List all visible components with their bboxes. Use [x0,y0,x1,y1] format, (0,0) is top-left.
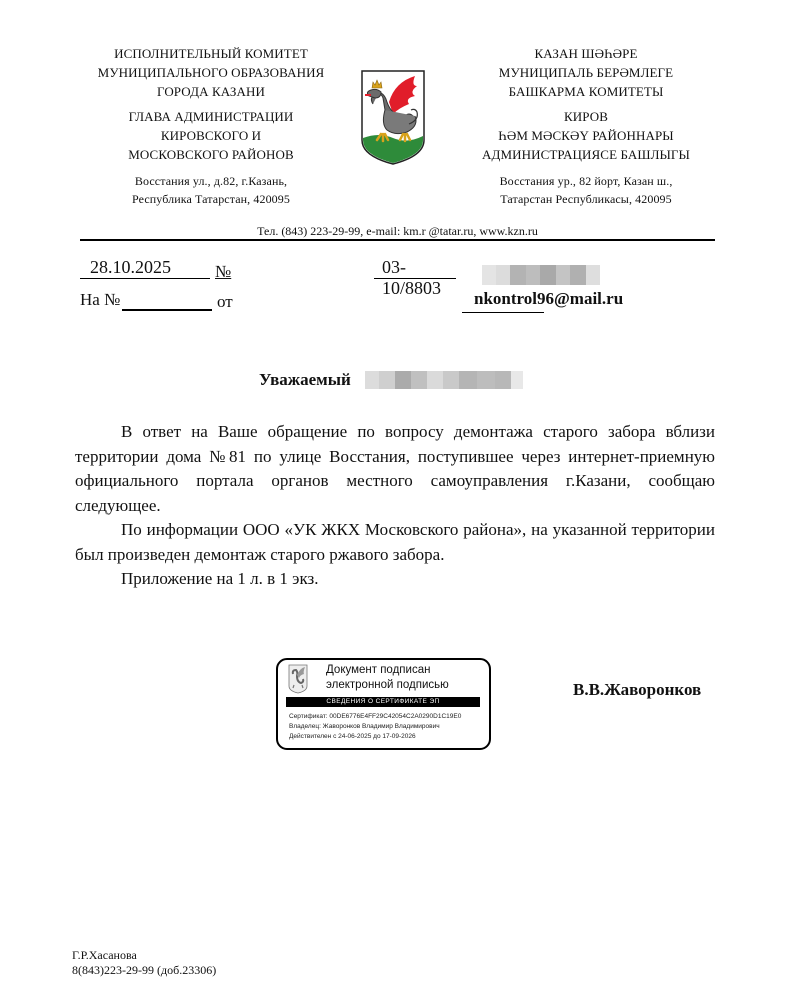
contacts-line: Тел. (843) 223-29-99, e-mail: km.r @tata… [80,224,715,239]
letter-body: В ответ на Ваше обращение по вопросу дем… [75,420,715,592]
greeting-salutation: Уважаемый [259,370,351,390]
org-line: КАЗАН ШӘҺӘРЕ [462,44,710,63]
reply-to-number-field [122,290,212,311]
kazan-coat-of-arms-icon [288,664,308,694]
executor-info: Г.Р.Хасанова 8(843)223-29-99 (доб.23306) [72,948,216,978]
stamp-title: Документ подписан электронной подписью [326,663,449,693]
registration-number: 03-10/8803 [382,257,456,299]
dept-line: АДМИНИСТРАЦИЯСЕ БАШЛЫГЫ [462,145,710,164]
dept-line: ГЛАВА АДМИНИСТРАЦИИ [80,107,342,126]
body-paragraph: По информации ООО «УК ЖКХ Московского ра… [75,518,715,567]
certificate-serial: Сертификат: 00DE6776E4FF29C42054C2A0290D… [289,712,461,722]
header-divider [80,239,715,241]
certificate-details: Сертификат: 00DE6776E4FF29C42054C2A0290D… [289,712,461,742]
dept-line: ҺӘМ МӘСКӘҮ РАЙОННАРЫ [462,126,710,145]
address-line: Республика Татарстан, 420095 [80,190,342,208]
recipient-name-redacted [482,265,600,285]
registration-date-field: 28.10.2025 [80,258,210,279]
dept-line: КИРОВ [462,107,710,126]
certificate-info-bar: СВЕДЕНИЯ О СЕРТИФИКАТЕ ЭП [286,697,480,707]
certificate-validity: Действителен с 24-06-2025 до 17-09-2026 [289,732,461,742]
stamp-title-line: электронной подписью [326,678,449,693]
body-paragraph: В ответ на Ваше обращение по вопросу дем… [75,420,715,518]
org-line: БАШКАРМА КОМИТЕТЫ [462,82,710,101]
org-line: ГОРОДА КАЗАНИ [80,82,342,101]
org-line: ИСПОЛНИТЕЛЬНЫЙ КОМИТЕТ [80,44,342,63]
department-name-ru: ГЛАВА АДМИНИСТРАЦИИ КИРОВСКОГО И МОСКОВС… [80,107,342,164]
signer-name: В.В.Жаворонков [573,680,701,700]
greeting-name-redacted [365,371,533,389]
address-line: Восстания ул., д.82, г.Казань, [80,172,342,190]
electronic-signature-stamp: Документ подписан электронной подписью С… [276,658,491,750]
kazan-coat-of-arms-icon [359,68,427,166]
certificate-owner: Владелец: Жаворонков Владимир Владимиров… [289,722,461,732]
address-line: Татарстан Республикасы, 420095 [462,190,710,208]
address-line: Восстания ур., 82 йорт, Казан ш., [462,172,710,190]
from-label: от [217,292,233,312]
organization-name-ru: ИСПОЛНИТЕЛЬНЫЙ КОМИТЕТ МУНИЦИПАЛЬНОГО ОБ… [80,44,342,101]
reply-to-label: На № [80,290,120,310]
organization-name-tt: КАЗАН ШӘҺӘРЕ МУНИЦИПАЛЬ БЕРӘМЛЕГЕ БАШКАР… [462,44,710,101]
recipient-email: nkontrol96@mail.ru [474,289,623,309]
executor-name: Г.Р.Хасанова [72,948,216,963]
executor-phone: 8(843)223-29-99 (доб.23306) [72,963,216,978]
registration-date: 28.10.2025 [90,257,171,278]
registration-number-field: 03-10/8803 [374,258,456,279]
stamp-title-line: Документ подписан [326,663,449,678]
dept-line: МОСКОВСКОГО РАЙОНОВ [80,145,342,164]
department-name-tt: КИРОВ ҺӘМ МӘСКӘҮ РАЙОННАРЫ АДМИНИСТРАЦИЯ… [462,107,710,164]
dept-line: КИРОВСКОГО И [80,126,342,145]
address-ru: Восстания ул., д.82, г.Казань, Республик… [80,172,342,208]
address-tt: Восстания ур., 82 йорт, Казан ш., Татарс… [462,172,710,208]
number-sign: № [215,262,231,282]
org-line: МУНИЦИПАЛЬ БЕРӘМЛЕГЕ [462,63,710,82]
attachment-note: Приложение на 1 л. в 1 экз. [75,567,715,592]
header-left-block: ИСПОЛНИТЕЛЬНЫЙ КОМИТЕТ МУНИЦИПАЛЬНОГО ОБ… [80,44,342,208]
header-right-block: КАЗАН ШӘҺӘРЕ МУНИЦИПАЛЬ БЕРӘМЛЕГЕ БАШКАР… [462,44,710,208]
org-line: МУНИЦИПАЛЬНОГО ОБРАЗОВАНИЯ [80,63,342,82]
